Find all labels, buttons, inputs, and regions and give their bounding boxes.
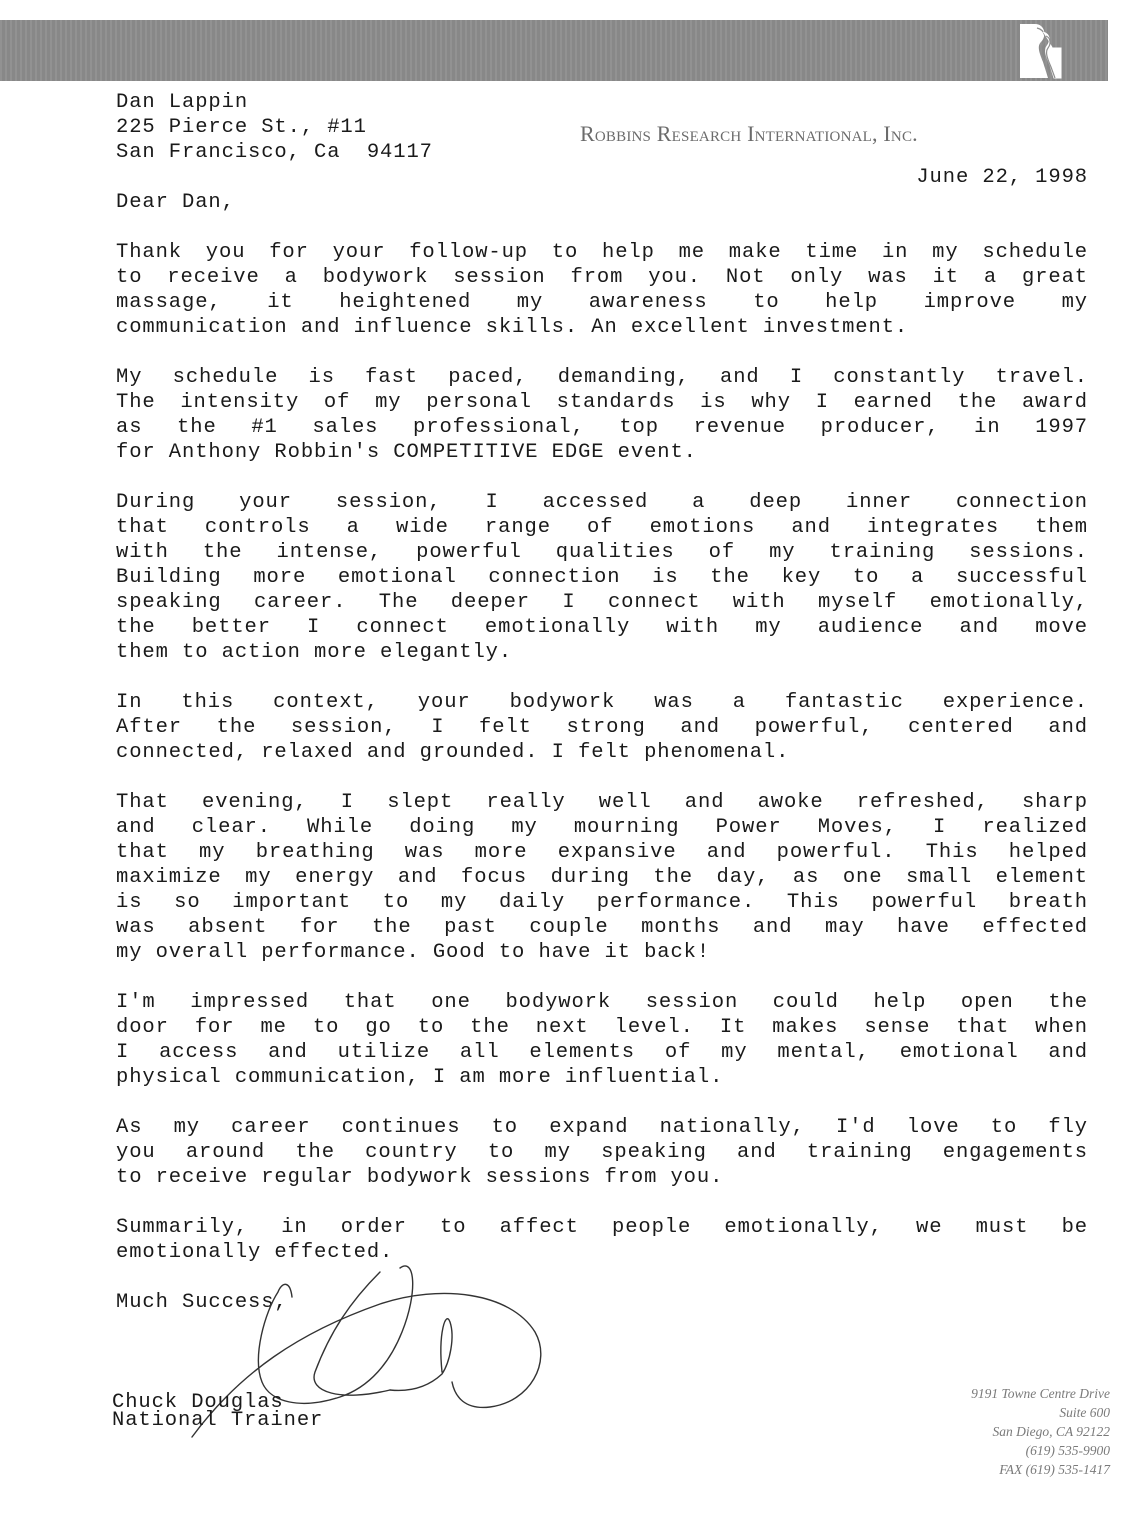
recipient-address: Dan Lappin225 Pierce St., #11San Francis… xyxy=(116,90,433,165)
text-line: speaking career. The deeper I connect wi… xyxy=(116,590,1088,615)
paragraph: Thank you for your follow-up to help me … xyxy=(116,240,1088,340)
text-line: was absent for the past couple months an… xyxy=(116,915,1088,940)
closing: Much Success, xyxy=(116,1291,288,1314)
text-line: is so important to my daily performance.… xyxy=(116,890,1088,915)
text-line: communication and influence skills. An e… xyxy=(116,315,1088,340)
text-line: connected, relaxed and grounded. I felt … xyxy=(116,740,1088,765)
footer-address: 9191 Towne Centre Drive Suite 600 San Di… xyxy=(971,1384,1110,1479)
text-line: that my breathing was more expansive and… xyxy=(116,840,1088,865)
letterhead-banner xyxy=(0,20,1108,81)
text-line: maximize my energy and focus during the … xyxy=(116,865,1088,890)
recipient-city: San Francisco, Ca 94117 xyxy=(116,140,433,165)
text-line: During your session, I accessed a deep i… xyxy=(116,490,1088,515)
text-line: for Anthony Robbin's COMPETITIVE EDGE ev… xyxy=(116,440,1088,465)
text-line: as the #1 sales professional, top revenu… xyxy=(116,415,1088,440)
rri-logo-icon xyxy=(1017,22,1065,80)
paragraph: As my career continues to expand nationa… xyxy=(116,1115,1088,1190)
footer-suite: Suite 600 xyxy=(971,1403,1110,1422)
footer-city: San Diego, CA 92122 xyxy=(971,1422,1110,1441)
text-line: with the intense, powerful qualities of … xyxy=(116,540,1088,565)
text-line: door for me to go to the next level. It … xyxy=(116,1015,1088,1040)
recipient-street: 225 Pierce St., #11 xyxy=(116,115,433,140)
text-line: Thank you for your follow-up to help me … xyxy=(116,240,1088,265)
text-line: My schedule is fast paced, demanding, an… xyxy=(116,365,1088,390)
paragraph: During your session, I accessed a deep i… xyxy=(116,490,1088,665)
text-line: As my career continues to expand nationa… xyxy=(116,1115,1088,1140)
paragraph: That evening, I slept really well and aw… xyxy=(116,790,1088,965)
text-line: emotionally effected. xyxy=(116,1240,1088,1265)
text-line: Building more emotional connection is th… xyxy=(116,565,1088,590)
letter-body: Thank you for your follow-up to help me … xyxy=(116,240,1088,1290)
paragraph: Summarily, in order to affect people emo… xyxy=(116,1215,1088,1265)
signer-block: Chuck DouglasNational Trainer xyxy=(112,1394,323,1430)
paragraph: In this context, your bodywork was a fan… xyxy=(116,690,1088,765)
footer-phone: (619) 535-9900 xyxy=(971,1441,1110,1460)
salutation: Dear Dan, xyxy=(116,191,235,214)
text-line: physical communication, I am more influe… xyxy=(116,1065,1088,1090)
text-line: the better I connect emotionally with my… xyxy=(116,615,1088,640)
recipient-name: Dan Lappin xyxy=(116,90,433,115)
text-line: to receive regular bodywork sessions fro… xyxy=(116,1165,1088,1190)
footer-fax: FAX (619) 535-1417 xyxy=(971,1460,1110,1479)
text-line: them to action more elegantly. xyxy=(116,640,1088,665)
text-line: and clear. While doing my mourning Power… xyxy=(116,815,1088,840)
text-line: you around the country to my speaking an… xyxy=(116,1140,1088,1165)
text-line: that controls a wide range of emotions a… xyxy=(116,515,1088,540)
text-line: Summarily, in order to affect people emo… xyxy=(116,1215,1088,1240)
text-line: massage, it heightened my awareness to h… xyxy=(116,290,1088,315)
letter-date: June 22, 1998 xyxy=(916,166,1088,189)
paragraph: My schedule is fast paced, demanding, an… xyxy=(116,365,1088,465)
text-line: I'm impressed that one bodywork session … xyxy=(116,990,1088,1015)
company-name: Robbins Research International, Inc. xyxy=(580,121,918,147)
signer-title: National Trainer xyxy=(112,1412,323,1430)
text-line: After the session, I felt strong and pow… xyxy=(116,715,1088,740)
text-line: to receive a bodywork session from you. … xyxy=(116,265,1088,290)
text-line: my overall performance. Good to have it … xyxy=(116,940,1088,965)
footer-street: 9191 Towne Centre Drive xyxy=(971,1384,1110,1403)
text-line: In this context, your bodywork was a fan… xyxy=(116,690,1088,715)
text-line: I access and utilize all elements of my … xyxy=(116,1040,1088,1065)
text-line: The intensity of my personal standards i… xyxy=(116,390,1088,415)
text-line: That evening, I slept really well and aw… xyxy=(116,790,1088,815)
paragraph: I'm impressed that one bodywork session … xyxy=(116,990,1088,1090)
